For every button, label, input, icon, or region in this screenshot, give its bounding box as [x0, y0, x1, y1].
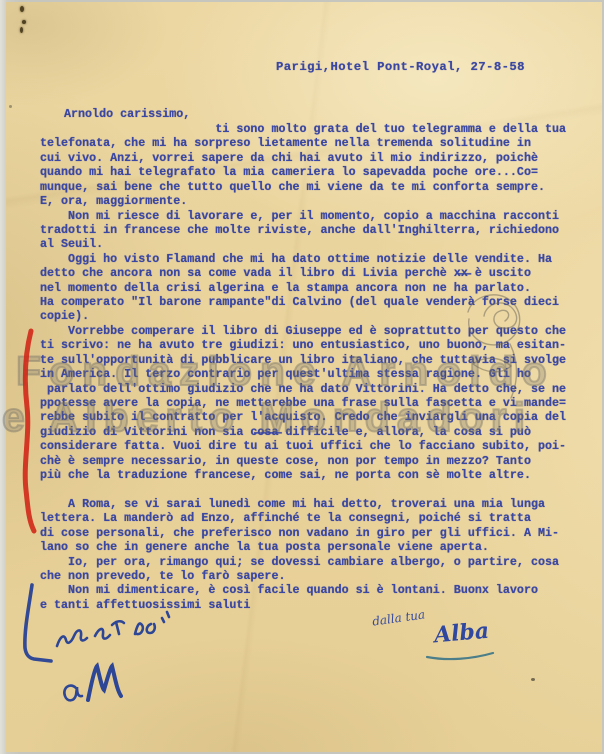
typed-line: e tanti affettuosissimi saluti	[40, 598, 566, 612]
typed-line: di cose personali, che preferisco non va…	[40, 526, 566, 540]
typed-line: Oggi ho visto Flamand che mi ha dato ott…	[40, 252, 566, 266]
typed-line: nel momento della crisi algerina e la st…	[40, 281, 566, 295]
scanned-letter-background: Parigi,Hotel Pont-Royal, 27-8-58 Arnoldo…	[0, 0, 604, 754]
pin-hole	[22, 20, 26, 24]
watermark-text-line2: e Alberto Mondadori	[2, 394, 532, 441]
typed-line: E, ora, maggiormente.	[40, 194, 566, 208]
dateline: Parigi,Hotel Pont-Royal, 27-8-58	[276, 60, 525, 74]
typed-line: tradotti in francese che molte riviste, …	[40, 223, 566, 237]
typed-line: A Roma, se vi sarai lunedì come mi hai d…	[40, 497, 566, 511]
typed-line: Ha comperato "Il barone rampante"di Calv…	[40, 295, 566, 309]
blue-scribble-note	[57, 612, 169, 700]
salutation: Arnoldo carissimo,	[64, 107, 190, 121]
pin-hole	[20, 27, 23, 33]
typed-line: Non mi riesce di lavorare e, per il mome…	[40, 209, 566, 223]
paper-speck	[9, 105, 12, 108]
signature-name: Alba	[433, 618, 490, 649]
typed-line: lettera. La manderò ad Enzo, affinché te…	[40, 511, 566, 525]
typed-line: ti sono molto grata del tuo telegramma e…	[40, 122, 566, 136]
typed-line: Non mi dimenticare, è così facile quando…	[40, 583, 566, 597]
typed-line	[40, 483, 566, 497]
typed-line: quando mi hai telegrafato la mia camerie…	[40, 165, 566, 179]
typed-line: considerare fatta. Vuoi dire tu ai tuoi …	[40, 439, 566, 453]
typed-line: lano so che in genere anche la tua posta…	[40, 540, 566, 554]
watermark-text-line1: Fondazione Arnoldo	[16, 348, 555, 395]
typed-line: al Seuil.	[40, 237, 566, 251]
pin-hole	[20, 6, 24, 12]
typed-line: cui vivo. Anzi, vorrei sapere da chi hai…	[40, 151, 566, 165]
paper-speck	[531, 678, 535, 681]
typed-line: detto che ancora non sa come vada il lib…	[40, 266, 566, 280]
signature-underline	[427, 653, 493, 659]
typed-line: munque, sai bene che tutto quello che mi…	[40, 180, 566, 194]
typed-line: telefonata, che mi ha sorpreso lietament…	[40, 136, 566, 150]
letter-paper: Parigi,Hotel Pont-Royal, 27-8-58 Arnoldo…	[6, 2, 602, 752]
typed-line: più che la traduzione francese, come sai…	[40, 468, 566, 482]
typed-line: Io, per ora, rimango qui; se dovessi cam…	[40, 555, 566, 569]
typed-line: Vorrebbe comperare il libro di Giuseppe …	[40, 324, 566, 338]
typed-line: copie).	[40, 309, 566, 323]
typed-line: chè è sempre necessario, in queste cose,…	[40, 454, 566, 468]
typed-line: che non prevedo, te lo farò sapere.	[40, 569, 566, 583]
